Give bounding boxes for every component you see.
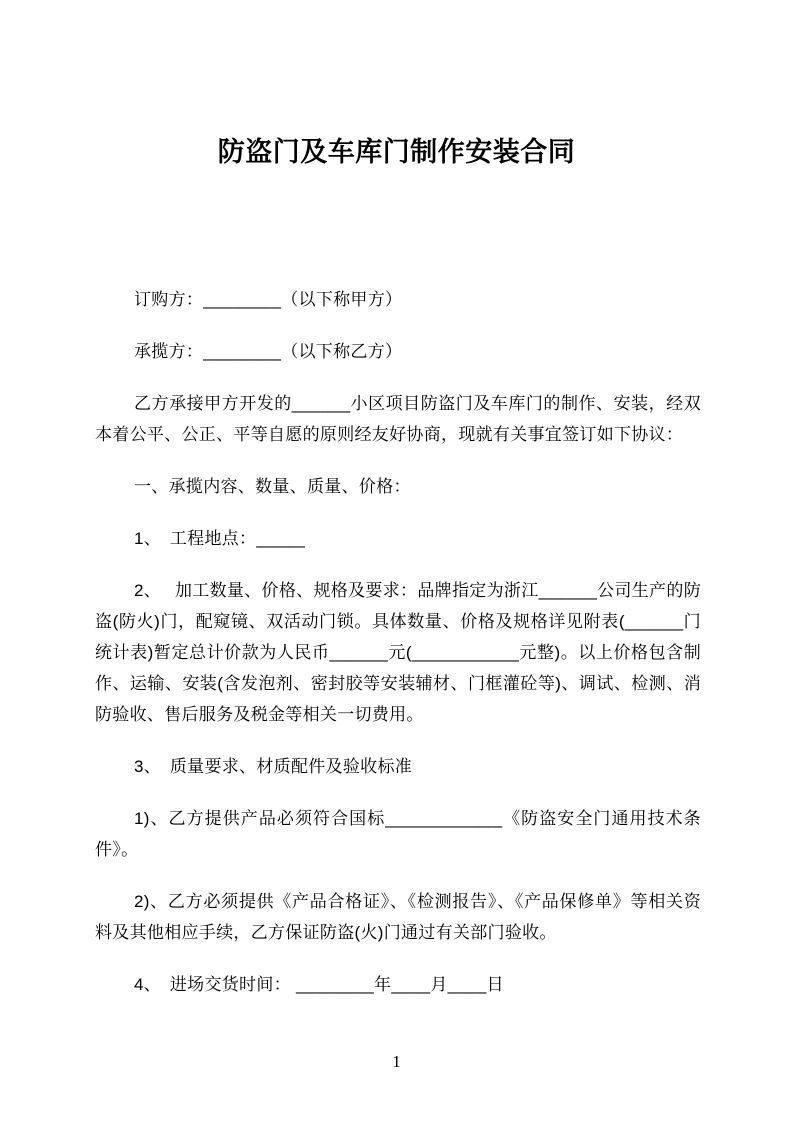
item-3-quality-standard: 3、 质量要求、材质配件及验收标准	[95, 751, 701, 782]
contractor-party-line: 承揽方：________（以下称乙方）	[95, 336, 701, 367]
document-title: 防盗门及车库门制作安装合同	[0, 0, 793, 171]
item-1-project-location: 1、 工程地点：_____	[95, 523, 701, 554]
item-4-delivery-time: 4、 进场交货时间： ________年____月____日	[95, 969, 701, 1000]
section-1-heading: 一、承揽内容、数量、质量、价格：	[95, 471, 701, 502]
page-number: 1	[0, 1052, 793, 1072]
item-3-sub-2: 2)、乙方必须提供《产品合格证》、《检测报告》、《产品保修单》等相关资料及其他相…	[95, 886, 701, 948]
preamble-paragraph: 乙方承接甲方开发的______小区项目防盗门及车库门的制作、安装，经双本着公平、…	[95, 388, 701, 450]
item-2-quantity-price-spec: 2、 加工数量、价格、规格及要求：品牌指定为浙江______公司生产的防盗(防火…	[95, 575, 701, 730]
ordering-party-line: 订购方：________（以下称甲方）	[95, 284, 701, 315]
item-3-sub-1: 1)、乙方提供产品必须符合国标____________《防盗安全门通用技术条件》…	[95, 803, 701, 865]
document-body: 订购方：________（以下称甲方） 承揽方：________（以下称乙方） …	[95, 284, 701, 1000]
document-page: 防盗门及车库门制作安装合同 订购方：________（以下称甲方） 承揽方：__…	[0, 0, 793, 1122]
